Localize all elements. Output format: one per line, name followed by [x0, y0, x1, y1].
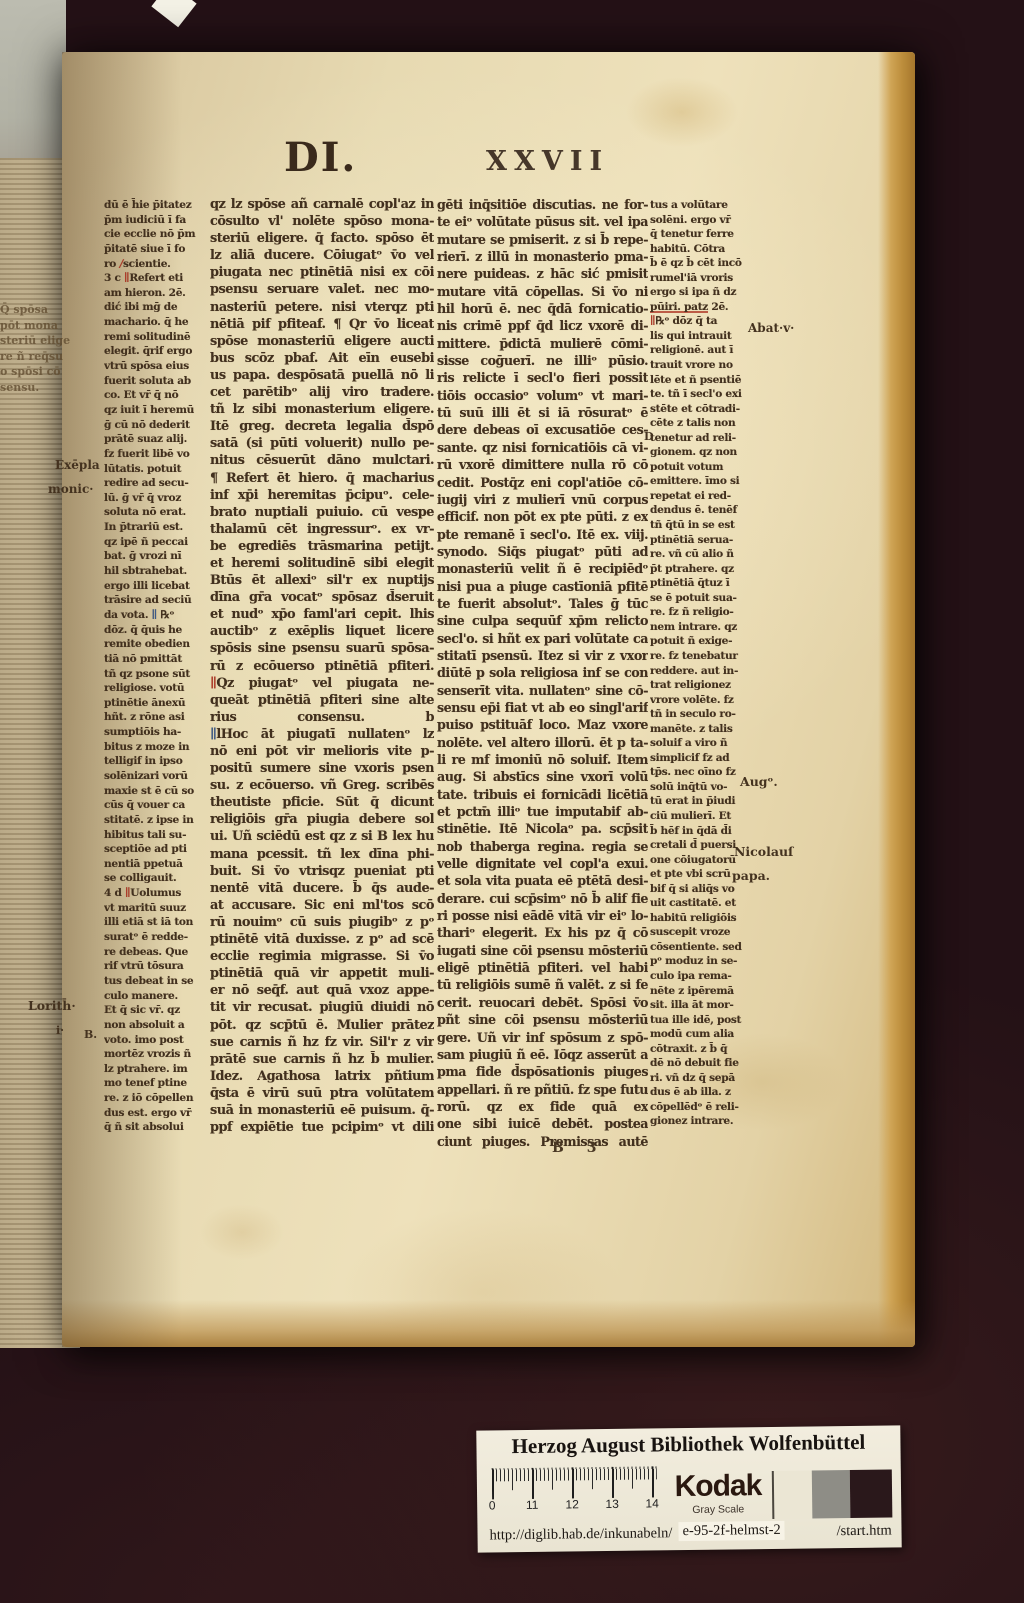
- text-line: pōt. qz scp̄tū ē. Mulier prātez: [210, 1017, 434, 1034]
- text-line: cūs q̄ vouer ca: [104, 798, 207, 813]
- text-line: ḡ cū nō dederit: [104, 418, 207, 433]
- text-line: habitū. Cōtra: [650, 242, 760, 257]
- ruler-number: 13: [605, 1497, 619, 1511]
- text-line: hñt. z rōne asi: [104, 710, 207, 725]
- text-line: suratᵒ ē redde-: [104, 930, 207, 945]
- text-line: Idez. Agathosa latrix pñtium: [210, 1068, 434, 1085]
- text-line: stitatī psensū. Itez si vir z vxor: [437, 647, 648, 664]
- text-line: efficif. non pōt ex pte pūti. z ex: [437, 508, 648, 525]
- annotation-mark: ∥: [650, 315, 655, 327]
- text-line: re. vñ cū alio ñ: [650, 547, 760, 562]
- text-line: uit castitatē. et: [650, 896, 760, 911]
- book-cradle-strip: [0, 0, 66, 168]
- paper-corner-sliver: [151, 0, 196, 27]
- text-line: stinētie. Itē Nicolaᵒ pa. scp̄sit: [437, 820, 648, 837]
- text-line: secl'o. si hñt ex pari volūtate ca: [437, 630, 648, 647]
- text-line: qz ipē ñ peccai: [104, 535, 207, 550]
- page-block-right-edge: [878, 52, 915, 1347]
- text-line: gere. Uñ vir inf spōsum z spō-: [437, 1029, 648, 1046]
- text-line: dū ē h̄ie p̄itatez: [104, 198, 207, 213]
- text-line: mana pcessit. tñ lex dīna phi-: [210, 846, 434, 863]
- main-text-column-left: qz lz spōse añ carnalē copl'az incōsulto…: [210, 196, 434, 1136]
- text-line: synodo. Siq̄s piugatᵒ pūti ad: [437, 543, 648, 560]
- text-line: dendus ē. tenēf: [650, 503, 760, 518]
- text-line: et heremi solitudinē sibi elegit: [210, 555, 434, 572]
- library-color-card: Herzog August Bibliothek Wolfenbüttel 01…: [476, 1425, 901, 1552]
- text-line: mutare se pmiserit. z si b̄ repe-: [437, 231, 648, 248]
- text-line: auctibᵒ z exēplis liquet licere: [210, 623, 434, 640]
- quire-signature: B 3: [552, 1140, 605, 1156]
- text-line: te fuerit absolutᵒ. Tales ḡ tūc: [437, 595, 648, 612]
- text-line: nentiā ppetuā: [104, 857, 207, 872]
- text-line: vtrū spōsa eius: [104, 359, 207, 374]
- text-line: cie ecclie nō p̄m: [104, 227, 207, 242]
- margin-label-lorith: Lorith̄·: [28, 998, 76, 1013]
- text-line: hil horū ē. nec q̄dā fornicatio-: [437, 300, 648, 317]
- text-line: 4 d ∥Uolumus: [104, 886, 207, 901]
- ruler-numbers: 011121314: [492, 1496, 658, 1514]
- text-line: te eiᵒ volūtate pūsus sit. vel ipa: [437, 213, 648, 230]
- text-line: lēte et ñ psentiē: [650, 373, 760, 388]
- text-line: q̄ ñ sit absolui: [104, 1120, 207, 1135]
- text-line: sumptiōis ha-: [104, 725, 207, 740]
- text-line: ptinētiā quā vir appetit muli-: [210, 965, 434, 982]
- text-line: stēte et cōtradi-: [650, 402, 760, 417]
- text-line: gionez intrare.: [650, 1114, 760, 1129]
- text-line: tñ q̄tū in se est: [650, 518, 760, 533]
- text-line: ptinētē vitā duxisse. z pᵒ ad scē: [210, 931, 434, 948]
- text-line: fz fuerit libē vo: [104, 447, 207, 462]
- text-line: rius consensu. b: [210, 709, 434, 726]
- text-line: solēni. ergo vr̄: [650, 213, 760, 228]
- text-line: senserīt vita. nullatenᵒ sine cō-: [437, 682, 648, 699]
- text-line: am hieron. 2ē.: [104, 286, 207, 301]
- text-line: da vota. ∥ ℞ᵒ: [104, 608, 207, 623]
- margin-label-lorith-i: i·: [56, 1024, 64, 1037]
- text-line: sante. qz nisi fornicatiōis cā vi-: [437, 439, 648, 456]
- text-line: er nō seq̄f. aut quā vxoz appe-: [210, 982, 434, 999]
- right-margin-gloss-column: tus a volūtaresolēni. ergo vr̄q̄ tenetur…: [650, 198, 760, 1129]
- text-line: mittere. p̄dictā mulierē cōmi-: [437, 335, 648, 352]
- text-line: mortēz vrozis ñ: [104, 1047, 207, 1062]
- gray-scale-caption: Gray Scale: [666, 1503, 770, 1516]
- text-line: li re mf imoniū nō soluif. Item: [437, 751, 648, 768]
- text-line: tñ lz sibi monasterium eligere.: [210, 401, 434, 418]
- text-line: nere puideas. z hāc sić pmisit: [437, 265, 648, 282]
- text-line: p̄itatē siue ī fo: [104, 242, 207, 257]
- text-line: psensu seruare valet. nec mo-: [210, 281, 434, 298]
- text-line: p̄t ptrahere. qz: [650, 562, 760, 577]
- text-line: spōse monasteriū eligere aucti: [210, 333, 434, 350]
- text-line: illi etiā st iā ton: [104, 915, 207, 930]
- text-line: q̄sta ē virū suū ptra volūtatem: [210, 1085, 434, 1102]
- text-line: rif vtrū tōsura: [104, 959, 207, 974]
- text-line: ri posse nisi eādē vitā vir eiᵒ lo-: [437, 907, 648, 924]
- text-line: nob thaberga regina. regia se: [437, 838, 648, 855]
- text-line: ro ∕scientie.: [104, 257, 207, 272]
- left-margin-gloss-column: dū ē h̄ie p̄itatezp̄m iudiciū ī facie ec…: [104, 198, 207, 1135]
- text-line: velle dignitate vel copl'a exui.: [437, 855, 648, 872]
- text-line: potuit ñ exige-: [650, 634, 760, 649]
- text-line: nentē vitā ducere. b̄ q̄s aude-: [210, 880, 434, 897]
- text-line: tiā nō pmittāt: [104, 652, 207, 667]
- text-line: rierī. z illū in monasterio pma-: [437, 248, 648, 265]
- text-line: ciū mulierī. Et: [650, 809, 760, 824]
- text-line: redire ad secu-: [104, 476, 207, 491]
- annotation-mark: ∥: [125, 887, 130, 899]
- text-line: lis qui intrauit: [650, 329, 760, 344]
- text-line: repetat ei red-: [650, 489, 760, 504]
- text-line: nisi pua a piuge castīoniā pfitē: [437, 578, 648, 595]
- text-line: nasteriū petere. nisi vterqz pti: [210, 299, 434, 316]
- gray-scale-patch: [812, 1470, 851, 1518]
- text-line: emittere. īmo si: [650, 474, 760, 489]
- text-line: tenetur ad reli-: [650, 431, 760, 446]
- text-line: satā (si pūti voluerit) nullo pe-: [210, 435, 434, 452]
- text-line: tua ille idē, post: [650, 1013, 760, 1028]
- text-line: re. fz ñ religio-: [650, 605, 760, 620]
- text-line: ∥℞ᵒ dōz q̄ ta: [650, 314, 760, 329]
- running-title: DI.: [284, 134, 357, 181]
- text-line: sensu ep̄i fiat vt ab eo singl'arif: [437, 699, 648, 716]
- text-line: nitus cēsuerūt dāno mulctari.: [210, 452, 434, 469]
- text-line: lz aliā ducere. Cōiugatᵒ v̄o vel: [210, 247, 434, 264]
- text-line: bitus z moze in: [104, 740, 207, 755]
- text-line: stitatē. z ipse in: [104, 813, 207, 828]
- text-line: 3 c ∥Refert eti: [104, 271, 207, 286]
- text-line: ptinētiā q̄tuz ī: [650, 576, 760, 591]
- text-line: q̄ tenetur ferre: [650, 227, 760, 242]
- text-line: iugati sine cōi psensu mōsteriū: [437, 942, 648, 959]
- margin-label-nicolaus: Nicolauſ: [734, 844, 793, 859]
- text-line: theutiste pficie. Sūt q̄ dicunt: [210, 794, 434, 811]
- text-line: be egrediēs trāsmarina petijt.: [210, 538, 434, 555]
- text-line: potuit votum: [650, 460, 760, 475]
- text-line: religionē. aut ī: [650, 343, 760, 358]
- text-line: queāt ptinētiā pfiteri sine alte: [210, 692, 434, 709]
- text-line: pᵒ moduz in se-: [650, 954, 760, 969]
- text-line: tiōis occasioᵒ volumᵒ vt mari-: [437, 387, 648, 404]
- text-line: suā in monasteriū eē puisum. q̄-: [210, 1102, 434, 1119]
- text-line: trāsire ad seciū: [104, 593, 207, 608]
- text-line: cet parētibᵒ alij viro tradere.: [210, 384, 434, 401]
- text-line: b̄ ē qz b̄ cēt incō: [650, 256, 760, 271]
- text-line: sensu.: [0, 380, 99, 396]
- digitization-url-page: /start.htm: [836, 1523, 891, 1541]
- text-line: modū cum alia: [650, 1027, 760, 1042]
- ruler-number: 11: [526, 1498, 539, 1512]
- text-line: tit vir recusat. piugiū diuidi nō: [210, 999, 434, 1016]
- text-line: se ē potuit sua-: [650, 591, 760, 606]
- text-line: suscepit vroze: [650, 925, 760, 940]
- text-line: re debeas. Que: [104, 945, 207, 960]
- text-line: elegit. q̄rif ergo: [104, 344, 207, 359]
- gutter-letter-d: D: [644, 430, 654, 443]
- text-line: ¶ Refert ēt hiero. q̄ macharius: [210, 470, 434, 487]
- text-line: dus ē ab illa. z: [650, 1085, 760, 1100]
- text-line: vrore volēte. fz: [650, 693, 760, 708]
- text-line: one sibi iuicē debēt. postea effi-: [437, 1115, 648, 1132]
- text-line: thariᵒ elegerit. Ex his pz q̄ cō: [437, 924, 648, 941]
- text-line: Btūs ēt allexiᵒ sil'r ex nuptijs: [210, 572, 434, 589]
- text-line: nēte z ipēremā: [650, 984, 760, 999]
- text-line: sam piugiū ñ eē. Iōqz asserūt a: [437, 1046, 648, 1063]
- text-line: cōpellēdᵒ ē reli-: [650, 1100, 760, 1115]
- text-line: derare. cui scp̄simᵒ nō b̄ alif fie: [437, 890, 648, 907]
- text-line: steriū elige: [0, 333, 99, 349]
- text-line: piugata nec ptinētiā nisi ex cōi: [210, 264, 434, 281]
- text-line: ∥Qz piugatᵒ vel piugata ne-: [210, 675, 434, 692]
- gray-scale-patches: [772, 1471, 773, 1519]
- text-line: rū z ecōuerso ptinētiā pfiteri.: [210, 658, 434, 675]
- text-line: lūtatis. potuit: [104, 462, 207, 477]
- text-line: ptinētiā serua-: [650, 533, 760, 548]
- text-line: sine culpa sequūf xp̄m relicto: [437, 612, 648, 629]
- text-line: non absoluit a: [104, 1018, 207, 1033]
- annotation-mark: ∥: [124, 272, 129, 284]
- text-line: gēti inq̄sitiōe discutias. ne for-: [437, 196, 648, 213]
- text-line: nem intrare. qz: [650, 620, 760, 635]
- text-line: positū sumere sine vxoris psen: [210, 760, 434, 777]
- ruler-number: 14: [645, 1496, 659, 1510]
- text-line: habitū religiōis: [650, 911, 760, 926]
- text-line: tñ qz psone sūt: [104, 667, 207, 682]
- main-text-column-right: gēti inq̄sitiōe discutias. ne for-te eiᵒ…: [437, 196, 648, 1150]
- text-line: remi solitudinē: [104, 330, 207, 345]
- text-line: dōz. q̄ q̄uis he: [104, 623, 207, 638]
- text-line: inf xp̄i heremitas p̄cipuᵒ. cele-: [210, 487, 434, 504]
- text-line: cerit. reuocari debēt. Spōsi v̄o: [437, 994, 648, 1011]
- text-line: telligif in ipso: [104, 754, 207, 769]
- text-line: trauit vrore no: [650, 358, 760, 373]
- text-line: tū erat in p̄iudi: [650, 794, 760, 809]
- text-line: bif q̄ si aliq̄s vo: [650, 882, 760, 897]
- page-block-bottom-edge: [62, 1300, 915, 1347]
- text-line: cōtraxit. z b̄ q̄: [650, 1042, 760, 1057]
- ruler-major-ticks: [492, 1466, 658, 1499]
- text-line: re ñ req̄su: [0, 349, 99, 365]
- margin-letter-b: B.: [84, 1028, 97, 1041]
- text-line: sue carnis ñ hz fz vir. Sil'r z vir: [210, 1034, 434, 1051]
- text-line: mo tenef ptine: [104, 1076, 207, 1091]
- text-line: pñt sine cōi psensu mōsteriū eli: [437, 1011, 648, 1028]
- text-line: te. tñ ī secl'o exi: [650, 387, 760, 402]
- text-line: p̄m iudiciū ī fa: [104, 213, 207, 228]
- text-line: cōsentiente. sed: [650, 940, 760, 955]
- folio-number: XXVII: [486, 146, 609, 177]
- text-line: sisse coḡuerī. ne illiᵒ pūsio. vxo-: [437, 352, 648, 369]
- institution-name: Herzog August Bibliothek Wolfenbüttel: [476, 1429, 900, 1459]
- text-line: trat religionez: [650, 678, 760, 693]
- text-line: brato nuptiali puiuio. cū vespe: [210, 504, 434, 521]
- text-line: dus est. ergo vr̄: [104, 1106, 207, 1121]
- text-line: rū nouimᵒ cū suis piugibᵒ z pᵒ: [210, 914, 434, 931]
- text-line: thalamū cēt ingressurᵒ. ex vr-: [210, 521, 434, 538]
- text-line: cōsulto vl' nolēte spōso mona-: [210, 213, 434, 230]
- text-line: mutare vitā cōpellas. Si v̄o ni: [437, 283, 648, 300]
- text-line: us papa. despōsatā puellā nō li: [210, 367, 434, 384]
- kodak-logo: Kodak: [666, 1471, 770, 1502]
- text-line: pūiri. patz 2ē.: [650, 300, 760, 315]
- margin-label-papa: papa.: [732, 868, 770, 883]
- text-line: soluif a viro ñ: [650, 736, 760, 751]
- text-line: ergo illi licebat: [104, 579, 207, 594]
- text-line: su. z ecōuerso. vñ Greg. scribēs: [210, 777, 434, 794]
- text-line: steriū eligere. q̄ facto. spōso ēt: [210, 230, 434, 247]
- text-line: aug. Si abstīcs sine vxorī volū: [437, 768, 648, 785]
- text-line: spōsis sine psensu suarū spōsa-: [210, 640, 434, 657]
- text-line: appellari. ñ re pñtiū. fz spe futu: [437, 1081, 648, 1098]
- text-line: cēte z talis non: [650, 416, 760, 431]
- ruler-number: 0: [489, 1498, 496, 1512]
- text-line: dić ibi mḡ de: [104, 300, 207, 315]
- text-line: Q̄ spōsa: [0, 302, 99, 318]
- text-line: tus a volūtare: [650, 198, 760, 213]
- annotation-mark: ∕: [119, 258, 123, 270]
- text-line: simplicif fz ad: [650, 751, 760, 766]
- text-line: fuerit soluta ab: [104, 374, 207, 389]
- annotation-mark: ∥: [210, 727, 216, 742]
- text-line: hil sbtrahebat.: [104, 564, 207, 579]
- text-line: pōt mona: [0, 318, 99, 334]
- shelfmark: e-95-2f-helmst-2: [678, 1521, 784, 1541]
- text-line: nolēte. vel altero illorū. ēt p ta-: [437, 734, 648, 751]
- text-line: ∥lHoc āt piugatī nullatenᵒ lz: [210, 726, 434, 743]
- text-line: at accusare. Sic eni ml'tos scō: [210, 897, 434, 914]
- text-line: bat. ḡ vrozi nī: [104, 549, 207, 564]
- margin-label-exempla: Exēpla: [55, 458, 100, 472]
- text-line: nō eni pōt vir melioris vite p-: [210, 743, 434, 760]
- text-line: solēnizari vorū: [104, 769, 207, 784]
- text-line: qz lz spōse añ carnalē copl'az in: [210, 196, 434, 213]
- text-line: bus scōz pbaf. Ait eīn eusebi: [210, 350, 434, 367]
- text-line: rumel'iā vroris: [650, 271, 760, 286]
- text-line: Itē greg. decreta legalia d̄spō: [210, 418, 434, 435]
- text-line: rorū. qz ex fide quā ex d̄spōsati-: [437, 1098, 648, 1115]
- text-line: ciunt piuges. Premissas autē: [437, 1133, 648, 1150]
- text-line: pma fide d̄spōsationis piuges: [437, 1063, 648, 1080]
- annotation-mark: ∥: [152, 609, 157, 621]
- text-line: maxie st ē cū so: [104, 784, 207, 799]
- text-line: In p̄trariū est.: [104, 520, 207, 535]
- text-line: tū suū illi ēt si iā rōsuratᵒ ē red-: [437, 404, 648, 421]
- text-line: sceptiōe ad pti: [104, 842, 207, 857]
- text-line: diūtē p sola religiosa inf se con: [437, 664, 648, 681]
- text-line: remite obedien: [104, 637, 207, 652]
- text-line: ergo si ipa ñ dz: [650, 285, 760, 300]
- text-line: re. fz tenebatur: [650, 649, 760, 664]
- text-line: o spōsi cō: [0, 364, 99, 380]
- text-line: ui. Uñ sciēdū est qz z si B lex hu: [210, 828, 434, 845]
- text-line: ri. vñ dz q̄ sepā: [650, 1071, 760, 1086]
- text-line: monasteriū velit ñ ē recipiēdᵒ: [437, 560, 648, 577]
- text-line: soluta nō erat.: [104, 505, 207, 520]
- text-line: sit. illa āt mor-: [650, 998, 760, 1013]
- text-line: et pctm̄ illiᵒ tue imputabif ab-: [437, 803, 648, 820]
- facing-page-bleed-text: Q̄ spōsapōt monasteriū eligere ñ req̄suo…: [0, 302, 99, 395]
- text-line: rū vxorē dimittere nulla rō cō: [437, 456, 648, 473]
- text-line: gionem. qz non: [650, 445, 760, 460]
- digitization-url-base: http://diglib.hab.de/inkunabeln/: [489, 1525, 672, 1544]
- margin-label-exempla-2: monic·: [48, 482, 93, 496]
- annotation-mark: pūiri. patz: [650, 301, 708, 313]
- text-line: et sola vita puata eē ptētā desi-: [437, 872, 648, 889]
- text-line: dē nō debuit fie: [650, 1056, 760, 1071]
- gray-scale-patch: [772, 1470, 815, 1519]
- text-line: ecclie regimia migrasse. Si v̄o: [210, 948, 434, 965]
- text-line: cedit. Postq̄z eni copl'atiōe cō-: [437, 474, 648, 491]
- digitized-book-photograph: DI. XXVII Q̄ spōsapōt monasteriū eligere…: [0, 0, 1024, 1603]
- text-line: vt maritū suuz: [104, 901, 207, 916]
- text-line: qz iuit ī heremū: [104, 403, 207, 418]
- text-line: lz ptrahere. im: [104, 1062, 207, 1077]
- text-line: eligē ptinētiā pfiteri. vel habi: [437, 959, 648, 976]
- text-line: religiose. votū: [104, 681, 207, 696]
- text-line: ptinētie ānexū: [104, 696, 207, 711]
- text-line: reddere. aut in-: [650, 664, 760, 679]
- text-line: culo manere.: [104, 989, 207, 1004]
- text-line: b̄ hēf in q̄dā d̄i: [650, 824, 760, 839]
- text-line: dere debeas oī excusatiōe ces-: [437, 421, 648, 438]
- text-line: manēte. z talis: [650, 722, 760, 737]
- gray-scale-patch: [850, 1470, 893, 1519]
- margin-label-abat: Abat·v·: [748, 321, 794, 335]
- text-line: co. Et vr̄ q̄ nō: [104, 388, 207, 403]
- text-line: iugij viri z mulierī vnū corpus: [437, 491, 648, 508]
- margin-label-augustinus: Augᵒ.: [740, 774, 778, 789]
- text-line: tñ in seculo ro-: [650, 707, 760, 722]
- text-line: ppf expiētie tue pcipimᵒ vt dili: [210, 1119, 434, 1136]
- text-line: dīna gr̄a vocatᵒ spōsaz d̄seruit: [210, 589, 434, 606]
- text-line: pte remanē ī secl'o. Itē ex. viij.: [437, 526, 648, 543]
- text-line: prātē sue carnis ñ hz b̄ mulier.: [210, 1051, 434, 1068]
- text-line: et nudᵒ xp̄o faml'ari cepit. lhis: [210, 606, 434, 623]
- text-line: prātē suaz alij.: [104, 432, 207, 447]
- text-line: nētiā pif pfiteaf. ¶ Qr v̄o liceat: [210, 316, 434, 333]
- measurement-ruler: 011121314: [492, 1466, 658, 1504]
- text-line: tate. tribuis ei fornicādi licētiā: [437, 786, 648, 803]
- text-line: voto. imo post: [104, 1033, 207, 1048]
- text-line: re. z iō cōpellen: [104, 1091, 207, 1106]
- text-line: buit. Si v̄o vtrisqz pueniat pti: [210, 863, 434, 880]
- ruler-number: 12: [565, 1497, 579, 1511]
- annotation-mark: ∥: [210, 676, 216, 691]
- text-line: nis crimē ppf q̄d licz vxorē di-: [437, 317, 648, 334]
- text-line: machario. q̄ he: [104, 315, 207, 330]
- text-line: tū religiōis sumē ñ valēt. z si fe: [437, 976, 648, 993]
- text-line: culo ipa rema-: [650, 969, 760, 984]
- text-line: lū. ḡ vr̄ q̄ vroz: [104, 491, 207, 506]
- text-line: puiso pstituāf loco. Maz vxore: [437, 716, 648, 733]
- text-line: tus debeat in se: [104, 974, 207, 989]
- text-line: Et q̄ sic vr̄. qz: [104, 1003, 207, 1018]
- text-line: se colligauit.: [104, 871, 207, 886]
- text-line: religiōis gr̄a piugia debere sol: [210, 811, 434, 828]
- text-line: ris relicte ī secl'o fieri possit pdi: [437, 369, 648, 386]
- text-line: hibitus tali su-: [104, 828, 207, 843]
